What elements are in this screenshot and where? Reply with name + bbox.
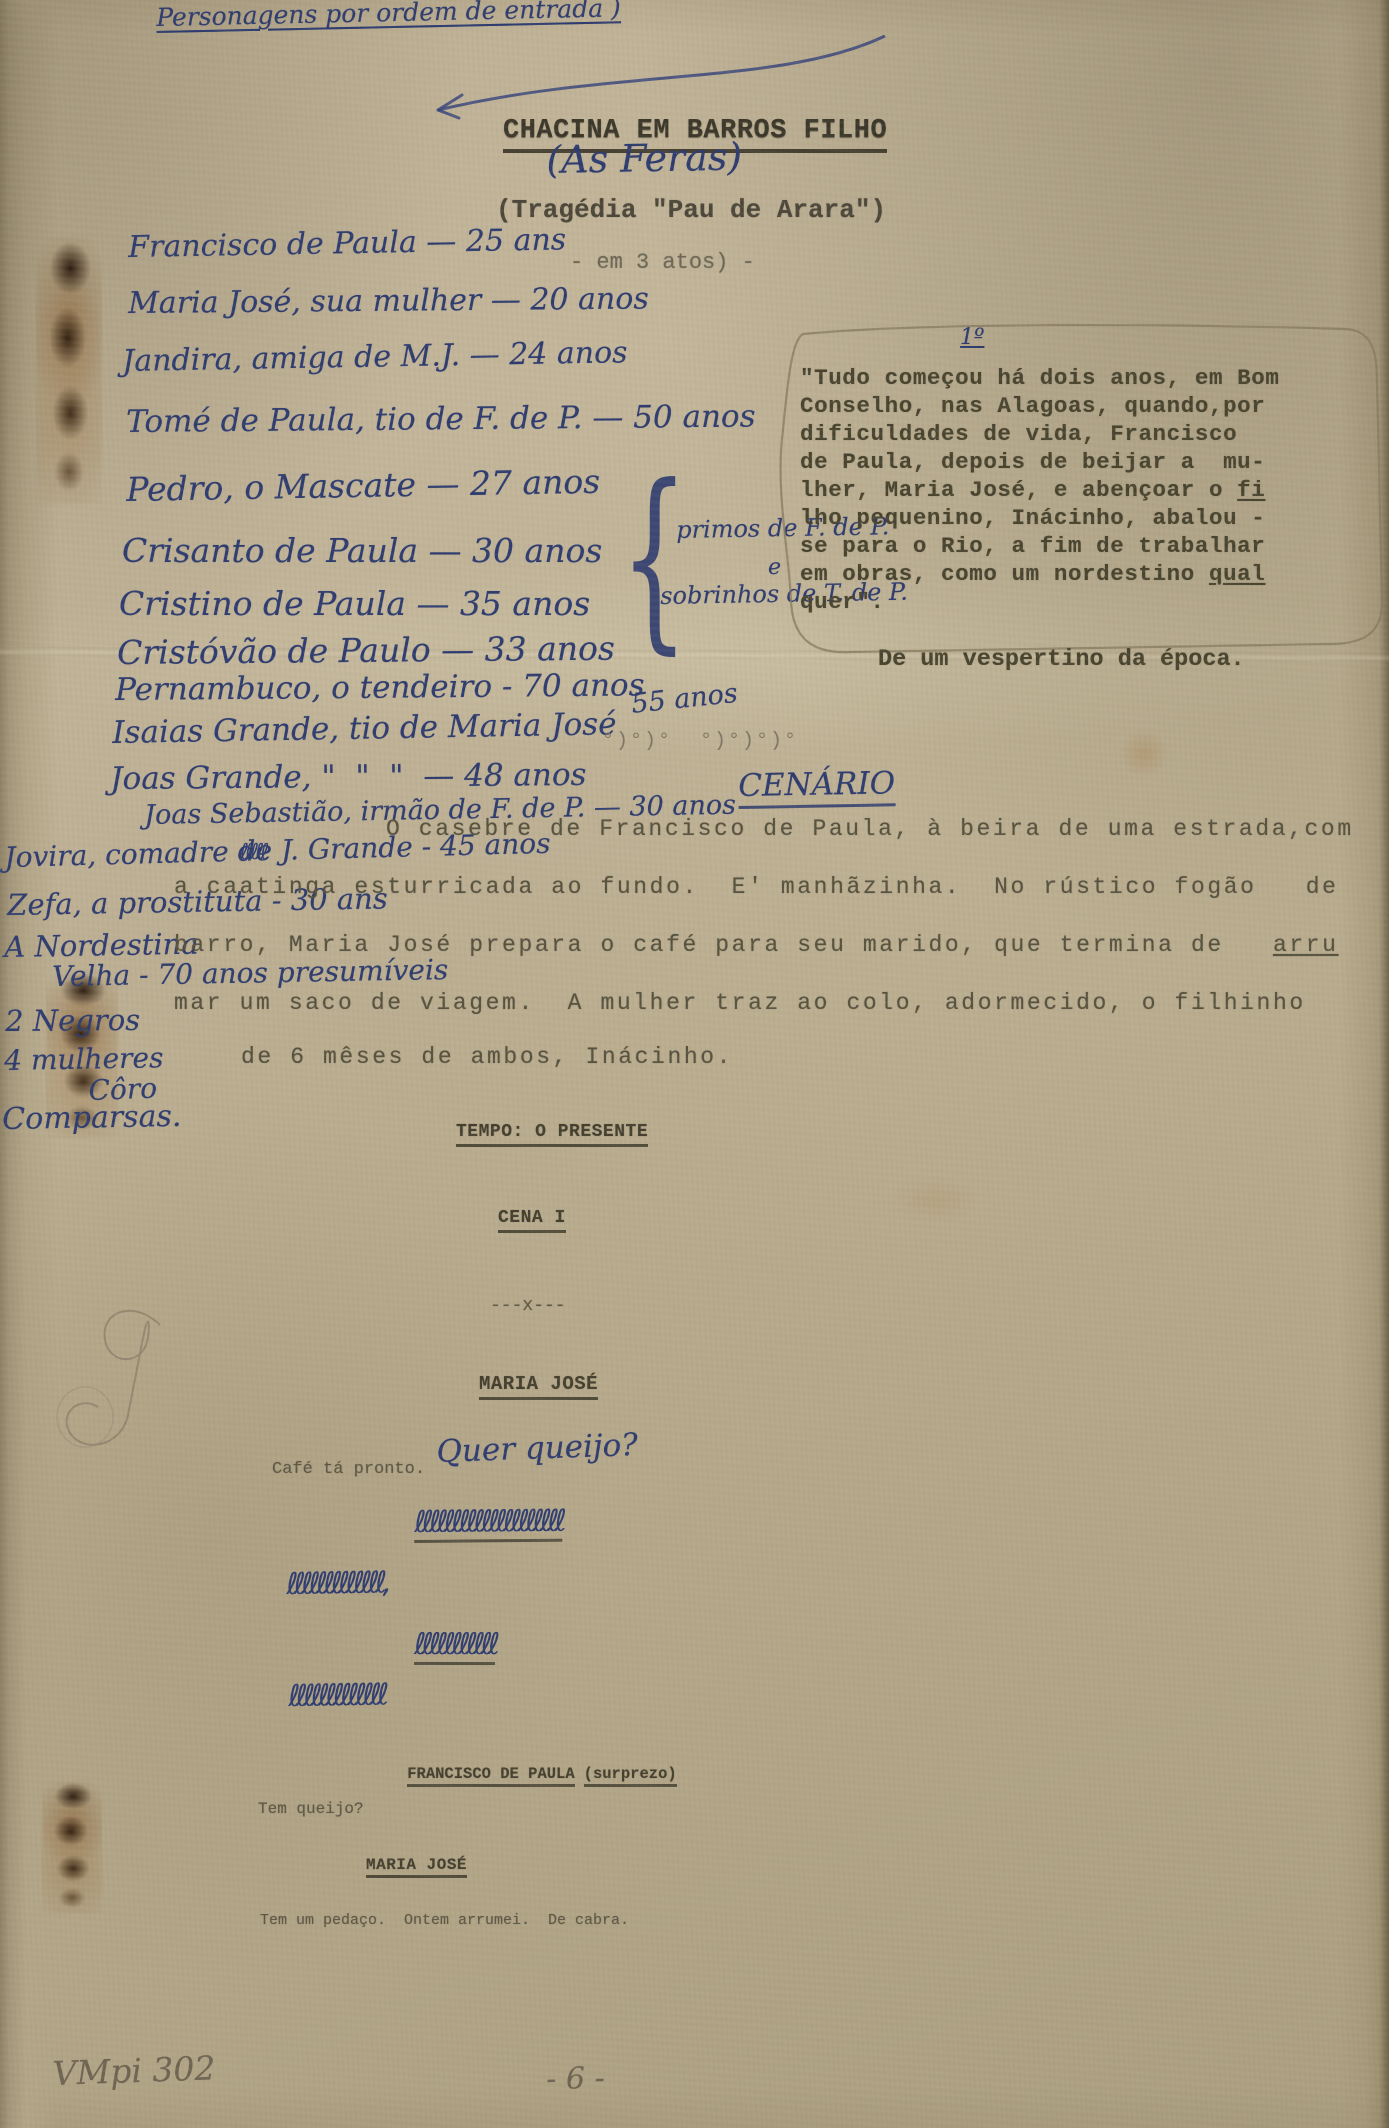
dialogue-cafe-ta-pronto: Café tá pronto. <box>272 1460 425 1480</box>
scribbled-out-line: ℓℓℓℓℓℓℓℓℓℓℓ <box>414 1630 495 1665</box>
quote-line: em obras, como um nordestino qual <box>800 562 1265 588</box>
scanned-script-page: Personagens por ordem de entrada ) CHACI… <box>0 0 1389 2128</box>
stain-spot <box>1108 718 1180 790</box>
acts-note: - em 3 atos) - <box>570 250 755 275</box>
quote-line: Conselho, nas Alagoas, quando,por <box>800 394 1265 420</box>
character-line: Cristóvão de Paulo — 33 anos <box>117 631 615 671</box>
character-line: 2 Negros <box>5 1005 140 1037</box>
character-line: Maria José, sua mulher — 20 anos <box>128 283 649 320</box>
cenario-label: CENÁRIO <box>738 767 896 809</box>
page-number: - 6 - <box>546 2063 605 2096</box>
speaker-maria-jose: MARIA JOSÉ <box>366 1856 467 1878</box>
character-line: Crisanto de Paula — 30 anos <box>122 533 602 569</box>
scenario-line: de 6 mêses de ambos, Inácinho. <box>241 1044 733 1070</box>
scribbled-out-line: ℓℓℓℓℓℓℓℓℓℓℓℓℓ, <box>286 1568 387 1600</box>
stain-spot <box>870 1165 1000 1235</box>
quote-line: de Paula, depois de beijar a mu- <box>800 450 1265 476</box>
play-subtitle: (Tragédia "Pau de Arara") <box>496 196 886 226</box>
archive-mark: VMpi 302 <box>52 2050 216 2091</box>
quote-line: dificuldades de vida, Francisco <box>800 422 1237 448</box>
speaker-francisco-name: FRANCISCO DE PAULA <box>407 1765 574 1787</box>
ink-blot-binding-bottom <box>42 1780 102 1914</box>
quote-line: "Tudo começou há dois anos, em Bom <box>800 366 1279 392</box>
speaker-francisco-heading: FRANCISCO DE PAULA(surprezo) <box>370 1748 677 1801</box>
scribbled-out-line: ℓℓℓℓℓℓℓℓℓℓℓℓℓℓℓℓℓℓℓℓ <box>414 1507 562 1543</box>
scenario-line: a caatinga esturricada ao fundo. E' manh… <box>174 874 1339 900</box>
scenario-line: O casebre de Francisco de Paula, à beira… <box>386 816 1354 842</box>
character-line: Francisco de Paula — 25 ans <box>128 224 566 264</box>
character-line: Joas Grande, " " " — 48 anos <box>110 759 587 797</box>
quote-line: lho pequenino, Inácinho, abalou - <box>800 506 1265 532</box>
character-line: Jandira, amiga de M.J. — 24 anos <box>122 337 628 378</box>
character-line: Cristino de Paula — 35 anos <box>119 586 590 622</box>
speaker-maria-jose: MARIA JOSÉ <box>479 1374 598 1400</box>
quote-attribution: De um vespertino da época. <box>878 646 1245 673</box>
quote-line: lher, Maria José, e abençoar o fi <box>800 478 1265 504</box>
cena-heading: CENA I <box>498 1208 566 1233</box>
stage-direction-surprezo: (surprezo) <box>584 1765 677 1787</box>
scene-divider: ---x--- <box>490 1296 566 1317</box>
character-line: Tomé de Paula, tio de F. de P. — 50 anos <box>126 401 756 440</box>
dialogue-tem-um-pedaco: Tem um pedaço. Ontem arrumei. De cabra. <box>260 1912 629 1929</box>
character-line: Comparsas. <box>2 1101 182 1137</box>
character-line: Pedro, o Mascate — 27 anos <box>126 464 600 508</box>
scribbled-out-word: ℓℓℓℓℓ <box>240 842 265 864</box>
scenario-line: mar um saco de viagem. A mulher traz ao … <box>174 990 1306 1016</box>
scribbled-out-line: ℓℓℓℓℓℓℓℓℓℓℓℓℓ <box>288 1680 385 1712</box>
typed-glyph-row: °)°)° °)°)°)° <box>602 730 798 753</box>
character-line: Pernambuco, o tendeiro - 70 anos <box>115 669 645 707</box>
character-line: Isaias Grande, tio de Maria José <box>112 708 617 750</box>
quote-line: quer". <box>800 590 885 616</box>
alt-title-handwritten: (As Feras) <box>546 137 742 181</box>
dialogue-quer-queijo-handwritten: Quer queijo? <box>436 1429 638 1469</box>
pencil-doodle <box>40 1295 210 1470</box>
brace-icon: { <box>620 460 689 656</box>
scenario-line: barro, Maria José prepara o café para se… <box>174 932 1339 958</box>
quote-line: se para o Rio, a fim de trabalhar <box>800 534 1265 560</box>
ink-blot-binding-top <box>36 236 102 504</box>
quote-order-label: 1º <box>960 326 984 350</box>
isaias-age-note: 55 anos <box>630 679 739 719</box>
character-line: Velha - 70 anos presumíveis <box>52 955 449 992</box>
tempo-heading: TEMPO: O PRESENTE <box>456 1122 648 1147</box>
dialogue-tem-queijo: Tem queijo? <box>258 1800 364 1818</box>
